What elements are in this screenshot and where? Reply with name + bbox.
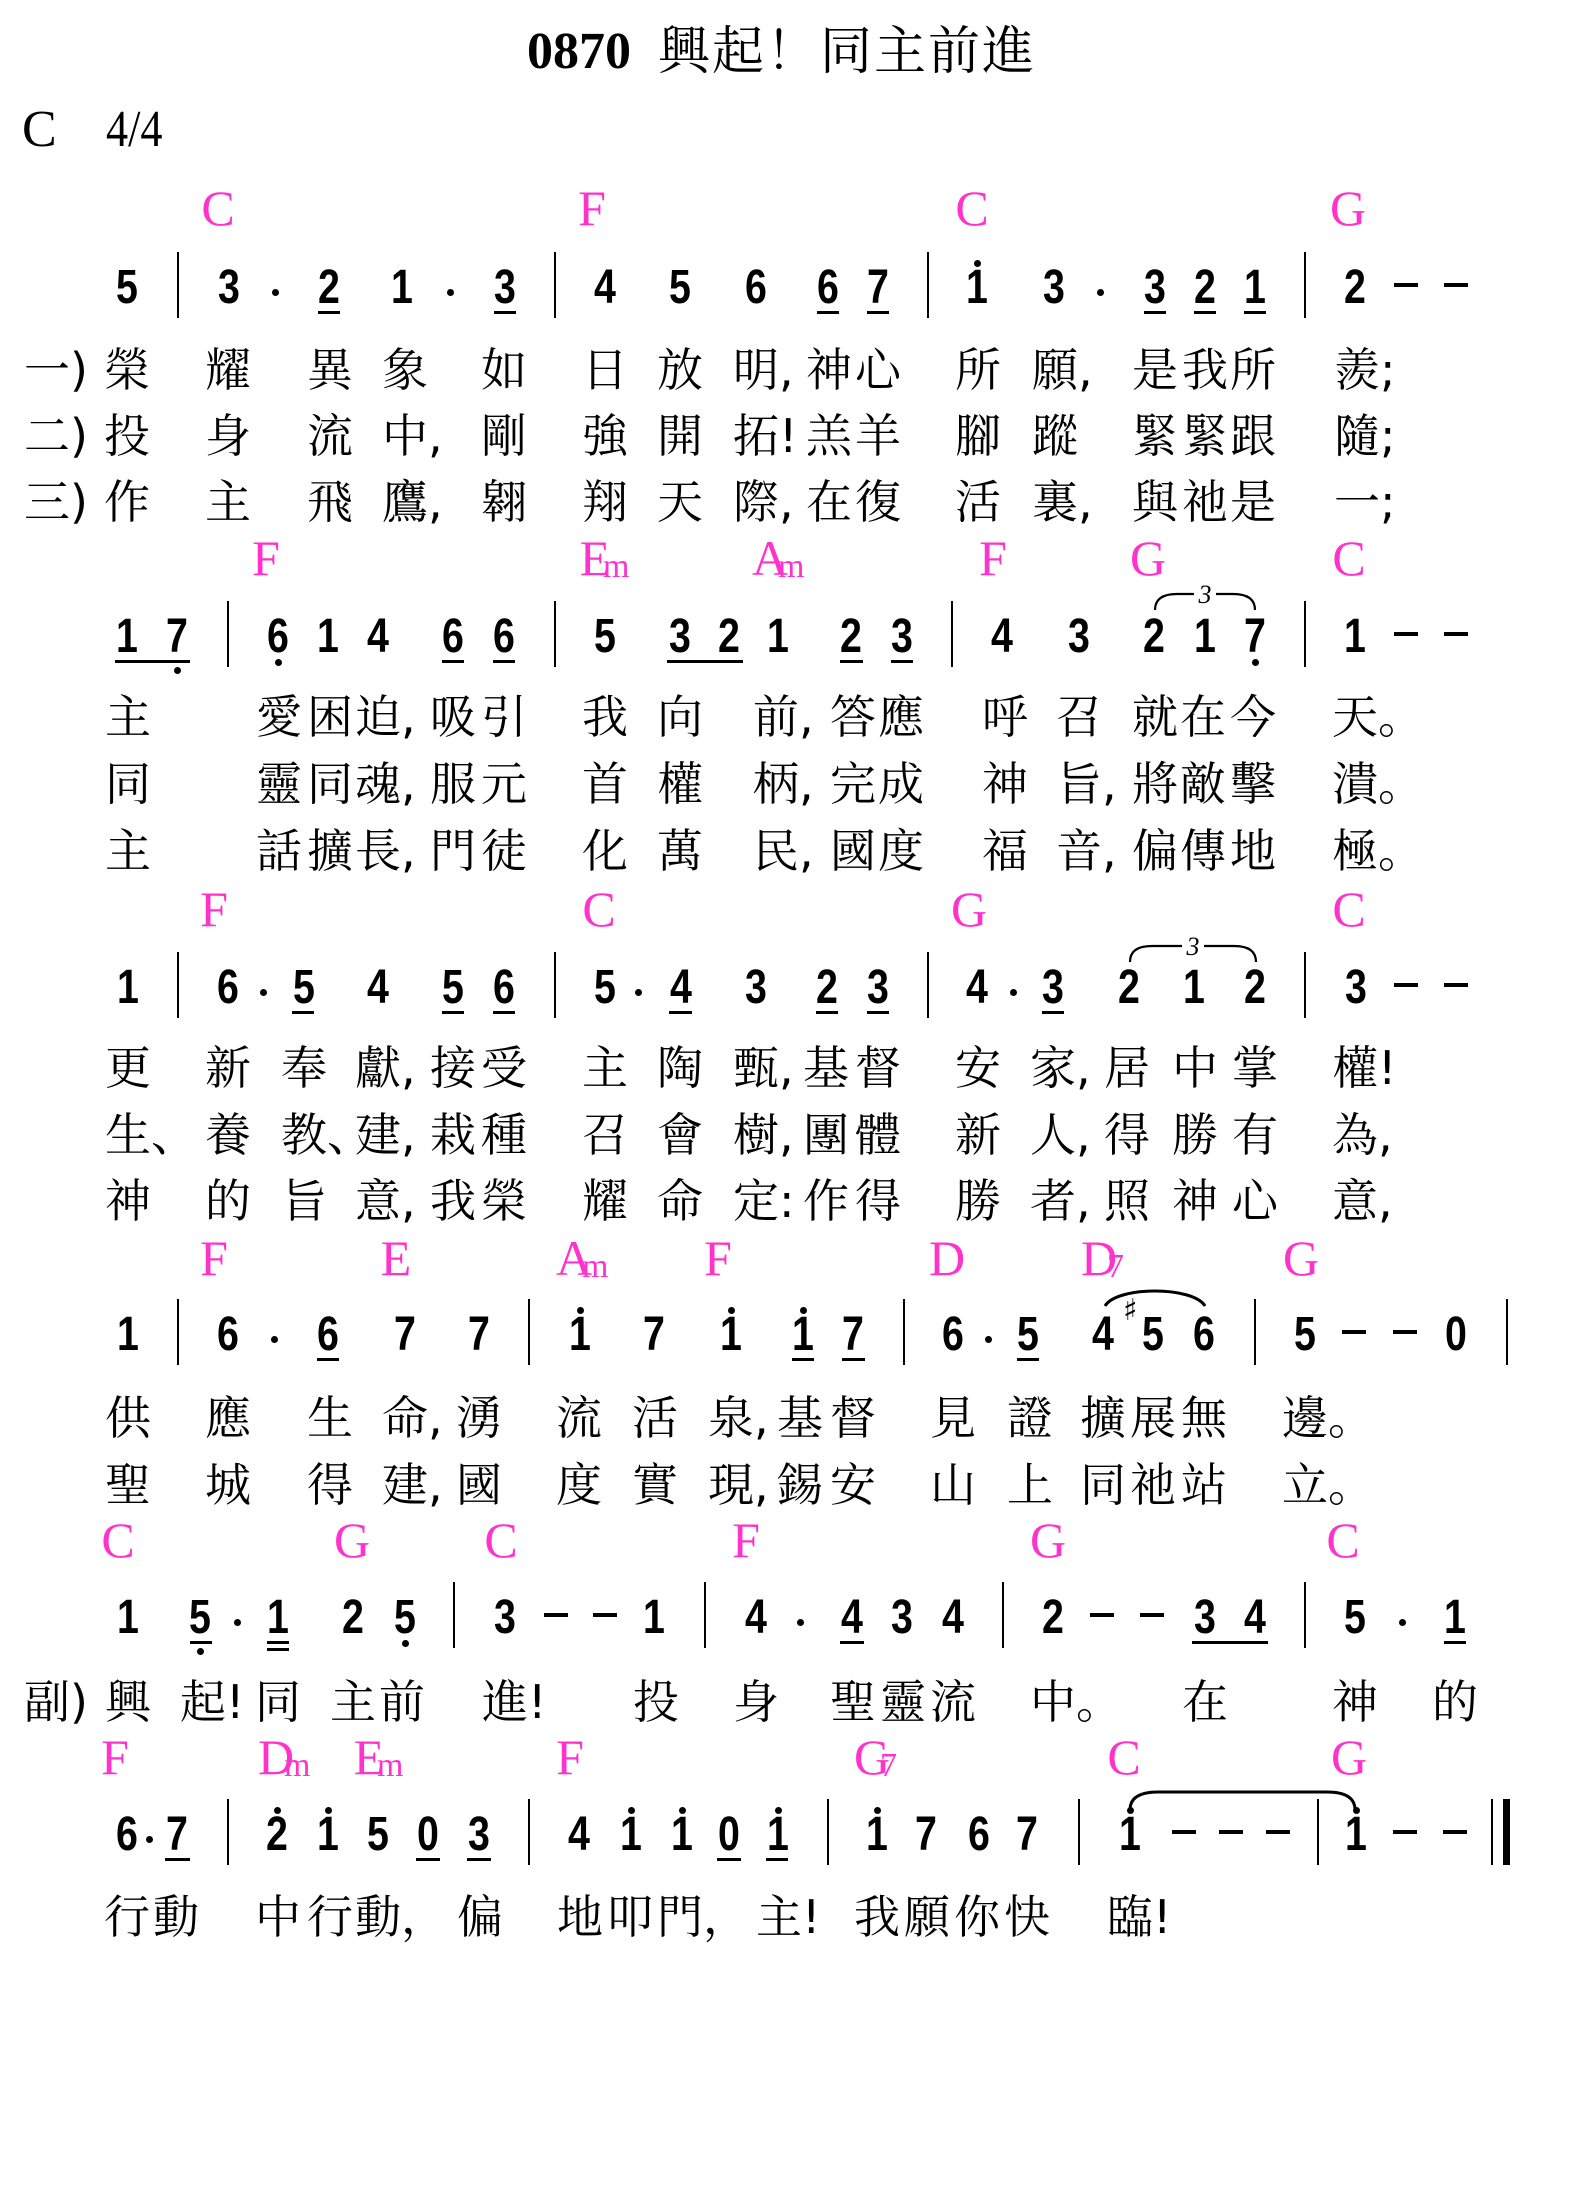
octave-dot-above <box>775 1807 782 1814</box>
chord-root: F <box>550 1732 590 1782</box>
chord-quality: m <box>284 1748 310 1784</box>
barline <box>827 1799 829 1865</box>
final-barline-thin <box>1491 1799 1493 1865</box>
chord-root: G <box>1329 1732 1369 1782</box>
lyric-syllable: 快 <box>1004 1894 1050 1940</box>
sustain-dash <box>1219 1830 1243 1834</box>
chord-symbol: F <box>550 1732 590 1782</box>
eighth-underline <box>416 1858 440 1861</box>
augmentation-dot <box>146 1836 153 1843</box>
chord-quality: m <box>377 1748 403 1784</box>
eighth-underline <box>165 1858 190 1861</box>
octave-dot-above <box>1127 1807 1134 1814</box>
octave-dot-above <box>325 1807 332 1814</box>
chord-symbol: Em <box>349 1732 389 1782</box>
chord-symbol: Dm <box>256 1732 296 1782</box>
barline <box>528 1799 530 1865</box>
note: 2 <box>265 1811 290 1859</box>
lyric-syllable: 我 <box>854 1894 900 1940</box>
note: 1 <box>316 1811 341 1859</box>
lyric-syllable: 動， <box>355 1894 447 1940</box>
lyric-syllable: 臨! <box>1107 1894 1171 1940</box>
system-6: FDmEmFG7CG672150341101176711行動中行動，偏地叩門，主… <box>0 0 1570 2200</box>
lyric-syllable: 行 <box>104 1894 150 1940</box>
chord-symbol: G <box>1329 1732 1369 1782</box>
chord-root: C <box>1104 1732 1144 1782</box>
lyric-syllable: 門， <box>657 1894 749 1940</box>
note: 0 <box>717 1811 742 1859</box>
note: 1 <box>1118 1811 1143 1859</box>
lyric-syllable: 動 <box>153 1894 199 1940</box>
lyric-syllable: 地 <box>557 1894 603 1940</box>
lyric-syllable: 行 <box>307 1894 353 1940</box>
note: 1 <box>865 1811 890 1859</box>
barline <box>227 1799 229 1865</box>
chord-symbol: C <box>1104 1732 1144 1782</box>
lyric-syllable: 主! <box>756 1894 820 1940</box>
note: 6 <box>967 1811 992 1859</box>
chord-symbol: F <box>95 1732 135 1782</box>
note: 1 <box>670 1811 695 1859</box>
note: 3 <box>467 1811 492 1859</box>
octave-dot-above <box>628 1807 635 1814</box>
lyric-syllable: 中 <box>255 1894 301 1940</box>
lyric-syllable: 你 <box>954 1894 1000 1940</box>
octave-dot-above <box>274 1807 281 1814</box>
score-page: 0870 興起！同主前進 C 4/4 33 CFCG53213456671332… <box>0 0 1570 2200</box>
note: 7 <box>914 1811 939 1859</box>
eighth-underline <box>467 1858 491 1861</box>
sustain-dash <box>1393 1830 1417 1834</box>
lyric-syllable: 偏 <box>457 1894 503 1940</box>
chord-symbol: G7 <box>852 1732 892 1782</box>
final-barline-thick <box>1503 1799 1510 1865</box>
note: 1 <box>1344 1811 1369 1859</box>
sustain-dash <box>1172 1830 1196 1834</box>
lyric-syllable: 願 <box>904 1894 950 1940</box>
chord-quality: 7 <box>880 1748 897 1784</box>
sustain-dash <box>1266 1830 1290 1834</box>
eighth-underline <box>717 1858 741 1861</box>
sustain-dash <box>1443 1830 1467 1834</box>
barline <box>1317 1799 1319 1865</box>
octave-dot-above <box>1353 1807 1360 1814</box>
note: 7 <box>165 1811 190 1859</box>
note: 7 <box>1015 1811 1040 1859</box>
note: 6 <box>115 1811 140 1859</box>
note: 0 <box>416 1811 441 1859</box>
note: 5 <box>366 1811 391 1859</box>
note: 1 <box>766 1811 791 1859</box>
chord-root: F <box>95 1732 135 1782</box>
octave-dot-above <box>874 1807 881 1814</box>
note: 4 <box>567 1811 592 1859</box>
barline <box>1078 1799 1080 1865</box>
octave-dot-above <box>679 1807 686 1814</box>
note: 1 <box>619 1811 644 1859</box>
lyric-syllable: 叩 <box>607 1894 653 1940</box>
eighth-underline <box>766 1858 788 1861</box>
